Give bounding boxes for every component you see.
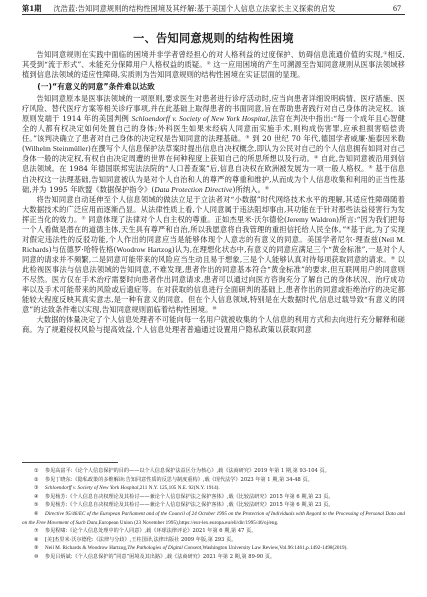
footnote-number: ① [34,467,45,476]
paragraph-4: 大数据的体量决定了个人信息处理者不可能向每一名用户就被收集的个人信息的利用方式和… [22,315,405,335]
footnote-article-title: The Pathologies of Digital Consent [127,545,201,551]
footnote-number: ⑧ [34,536,45,545]
footnote-number: ⑦ [34,527,45,536]
footnote-case-name: Schloendorff v. Society of New York Hosp… [45,485,138,491]
person-name: Jeremy Waldron [287,216,336,224]
footnote-number: ⑥ [34,510,45,519]
issue-number: 第1期 [22,3,41,14]
person-name: Woodrow Hartzog [116,246,171,254]
footnote-6: ⑥Directive 95/46/EC of the European Parl… [22,510,405,527]
body-text: 告知同意规则在实践中面临的困境并非学者曾经担心的对人格利益的过度保护、妨碍信息流… [22,50,405,335]
section-title: 一、告知同意规则的结构性困境 [22,32,405,46]
running-title: 沈浩蓝:告知同意规则的结构性困境及其纾解:基于美国个人信息立法家长主义探索的启发 [53,3,335,14]
footnote-number: ③ [34,484,45,493]
running-header-left: 第1期 沈浩蓝:告知同意规则的结构性困境及其纾解:基于美国个人信息立法家长主义探… [22,3,335,14]
footnote-text: 参见程啸:《论个人信息处理中的个人同意》,载《环球法律评论》2021 年第 6 … [45,528,256,534]
footnotes: ①参见高富平:《论个人信息保护的目的——以个人信息保护法益区分为核心》,载《法商… [22,467,405,562]
footnote-text: [美]杰里米·沃尔德伦:《法律与分歧》,王柱国译,法律出版社 2009 年版,第… [45,537,236,543]
text-run: 告知同意规则在实践中面临的困境并非学者曾经担心的对人格利益的过度保护、妨碍信息流… [37,50,384,59]
footnote-ref-10[interactable]: ⑩ [213,307,217,312]
text-run: )与伍德罗·哈特佐格( [49,245,117,254]
footnote-5: ⑤参见杨芳:《个人信息自决权理论及其检讨——兼论个人信息保护法之保护客体》,载《… [22,501,405,510]
footnote-1: ①参见高富平:《论个人信息保护的目的——以个人信息保护法益区分为核心》,载《法商… [22,467,405,476]
person-name: Wilhelm Steinmüller [25,145,88,153]
footnote-authors: Neil M. Richards & Woodrow Hartzog, [45,545,127,551]
footnote-text: 参见高富平:《论个人信息保护的目的——以个人信息保护法益区分为核心》,载《法商研… [45,468,330,474]
running-header: 第1期 沈浩蓝:告知同意规则的结构性困境及其纾解:基于美国个人信息立法家长主义探… [22,3,405,15]
directive-name: Data Protection Directive [154,186,232,194]
text-run: )所纳入。 [233,185,265,194]
footnote-text: ,Washington University Law Review,Vol.96… [201,545,348,551]
page-number: 67 [393,3,405,14]
footnote-text: 参见杨芳:《个人信息自决权理论及其检讨——兼论个人信息保护法之保护客体》,载《比… [45,502,334,508]
footnote-text: 参见吕炳斌:《个人信息保护的“同意”困境及其出路》,载《法商研究》2021 年第… [45,554,275,560]
footnote-ref-6[interactable]: ⑥ [265,186,269,191]
footnote-number: ⑨ [34,544,45,553]
footnote-number: ⑩ [34,553,45,562]
footnote-4: ④参见杨芳:《个人信息自决权理论及其检讨——兼论个人信息保护法之保护客体》,载《… [22,493,405,502]
footnote-text[interactable]: ,European Union (23 November 1995),https… [97,520,278,526]
paragraph-1: 告知同意规则在实践中面临的困境并非学者曾经担心的对人格利益的过度保护、妨碍信息流… [22,50,405,80]
footnote-2: ②参见丁晓东:《隐私政策的多维解读:告知同意性质的反思与制度重构》,载《现代法学… [22,476,405,485]
footnote-9: ⑨Neil M. Richards & Woodrow Hartzog,The … [22,544,405,553]
footnote-text: 参见杨芳:《个人信息自决权理论及其检讨——兼论个人信息保护法之保护客体》,载《比… [45,494,334,500]
footnote-number: ② [34,476,45,485]
footnote-separator [22,462,118,463]
footnote-number: ④ [34,493,45,502]
footnote-text: ,211 N.Y. 125,105 N.E. 92(N.Y. 1914). [138,485,219,491]
subsection-title: (一)“有意义的同意”条件难以达致 [22,81,405,93]
footnote-3: ③Schloendorff v. Society of New York Hos… [22,484,405,493]
text-run: 大数据的体量决定了个人信息处理者不可能向每一名用户就被收集的个人信息的利用方式和… [22,315,405,334]
footnote-8: ⑧[美]杰里米·沃尔德伦:《法律与分歧》,王柱国译,法律出版社 2009 年版,… [22,536,405,545]
footnote-text: 参见丁晓东:《隐私政策的多维解读:告知同意性质的反思与制度重构》,载《现代法学》… [45,477,313,483]
text-run: 同意体现了法律对个人自主权的尊重。正如杰里米·沃尔德伦( [86,215,287,224]
footnote-number: ⑤ [34,501,45,510]
paragraph-3: 将告知同意自动延伸至个人信息领域的做法立足于立法者对“小数据”时代网络技术水平的… [22,195,405,316]
case-name: Schloendorff v. Society of New York Hosp… [132,115,268,123]
paragraph-2: 告知同意原本是医事法领域的一项原则,要求医生对患者进行诊疗活动时,应当向患者详细… [22,94,405,194]
footnote-10: ⑩参见吕炳斌:《个人信息保护的“同意”困境及其出路》,载《法商研究》2021 年… [22,553,405,562]
footnote-7: ⑦参见程啸:《论个人信息处理中的个人同意》,载《环球法律评论》2021 年第 6… [22,527,405,536]
